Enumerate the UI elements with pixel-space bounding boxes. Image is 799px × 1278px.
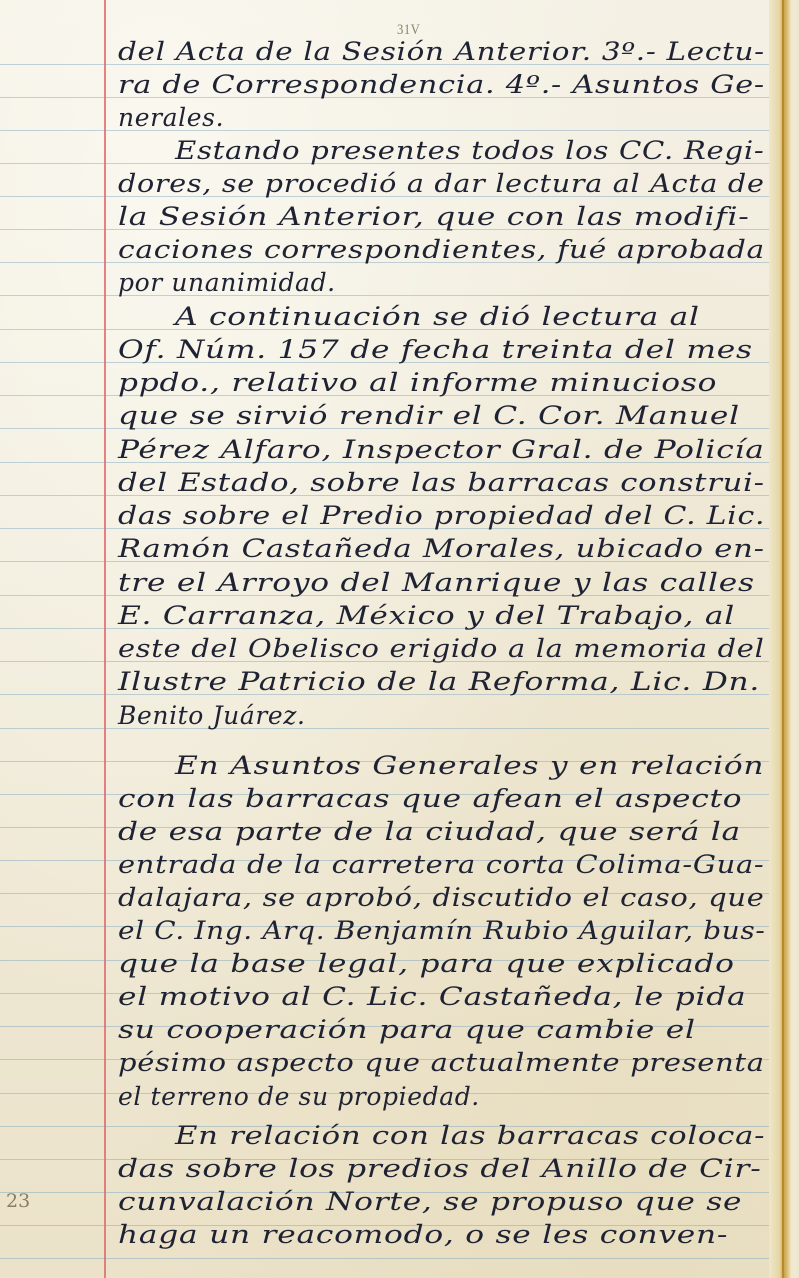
handwritten-line: este del Obelisco erigido a la memoria d…: [118, 635, 765, 663]
handwritten-line: Ramón Castañeda Morales, ubicado en-: [118, 535, 765, 563]
handwritten-line: el C. Ing. Arq. Benjamín Rubio Aguilar, …: [118, 917, 765, 945]
handwritten-line: das sobre los predios del Anillo de Cir-: [118, 1155, 762, 1183]
handwritten-line: Of. Núm. 157 de fecha treinta del mes: [118, 336, 753, 364]
handwritten-line: del Estado, sobre las barracas construi-: [118, 469, 765, 497]
handwritten-line: de esa parte de la ciudad, que será la: [118, 818, 741, 846]
handwritten-line: das sobre el Predio propiedad del C. Lic…: [118, 502, 765, 530]
ledger-page: 31V 23 del Acta de la Sesión Anterior. 3…: [0, 0, 799, 1278]
handwritten-line: tre el Arroyo del Manrique y las calles: [118, 569, 755, 597]
handwritten-line: ra de Correspondencia. 4º.- Asuntos Ge-: [118, 71, 765, 99]
handwritten-line: Pérez Alfaro, Inspector Gral. de Policía: [118, 436, 765, 464]
handwritten-line: ppdo., relativo al informe minucioso: [118, 369, 717, 397]
handwritten-line: cunvalación Norte, se propuso que se: [118, 1188, 742, 1216]
handwritten-line: su cooperación para que cambie el: [118, 1016, 696, 1044]
handwritten-line: que la base legal, para que explicado: [118, 950, 735, 978]
handwritten-line: Estando presentes todos los CC. Regi-: [175, 137, 764, 165]
handwritten-line: pésimo aspecto que actualmente presenta: [118, 1049, 765, 1077]
handwritten-line: del Acta de la Sesión Anterior. 3º.- Lec…: [118, 38, 765, 66]
handwritten-minutes-text: del Acta de la Sesión Anterior. 3º.- Lec…: [0, 0, 799, 1278]
handwritten-line: haga un reacomodo, o se les conven-: [118, 1221, 728, 1249]
handwritten-line: dalajara, se aprobó, discutido el caso, …: [118, 884, 765, 912]
handwritten-line: caciones correspondientes, fué aprobada: [118, 236, 765, 264]
handwritten-line: con las barracas que afean el aspecto: [118, 785, 742, 813]
handwritten-line: el motivo al C. Lic. Castañeda, le pida: [118, 983, 746, 1011]
handwritten-line: Benito Juárez.: [118, 702, 306, 730]
handwritten-line: En relación con las barracas coloca-: [175, 1122, 765, 1150]
handwritten-line: dores, se procedió a dar lectura al Acta…: [118, 170, 765, 198]
handwritten-line: el terreno de su propiedad.: [118, 1083, 480, 1111]
handwritten-line: por unanimidad.: [118, 269, 336, 297]
handwritten-line: E. Carranza, México y del Trabajo, al: [118, 602, 735, 630]
handwritten-line: entrada de la carretera corta Colima-Gua…: [118, 851, 764, 879]
handwritten-line: que se sirvió rendir el C. Cor. Manuel: [118, 402, 740, 430]
handwritten-line: nerales.: [118, 104, 224, 132]
handwritten-line: A continuación se dió lectura al: [175, 303, 700, 331]
handwritten-line: la Sesión Anterior, que con las modifi-: [118, 203, 750, 231]
handwritten-line: Ilustre Patricio de la Reforma, Lic. Dn.: [118, 668, 760, 696]
handwritten-line: En Asuntos Generales y en relación: [175, 752, 764, 780]
